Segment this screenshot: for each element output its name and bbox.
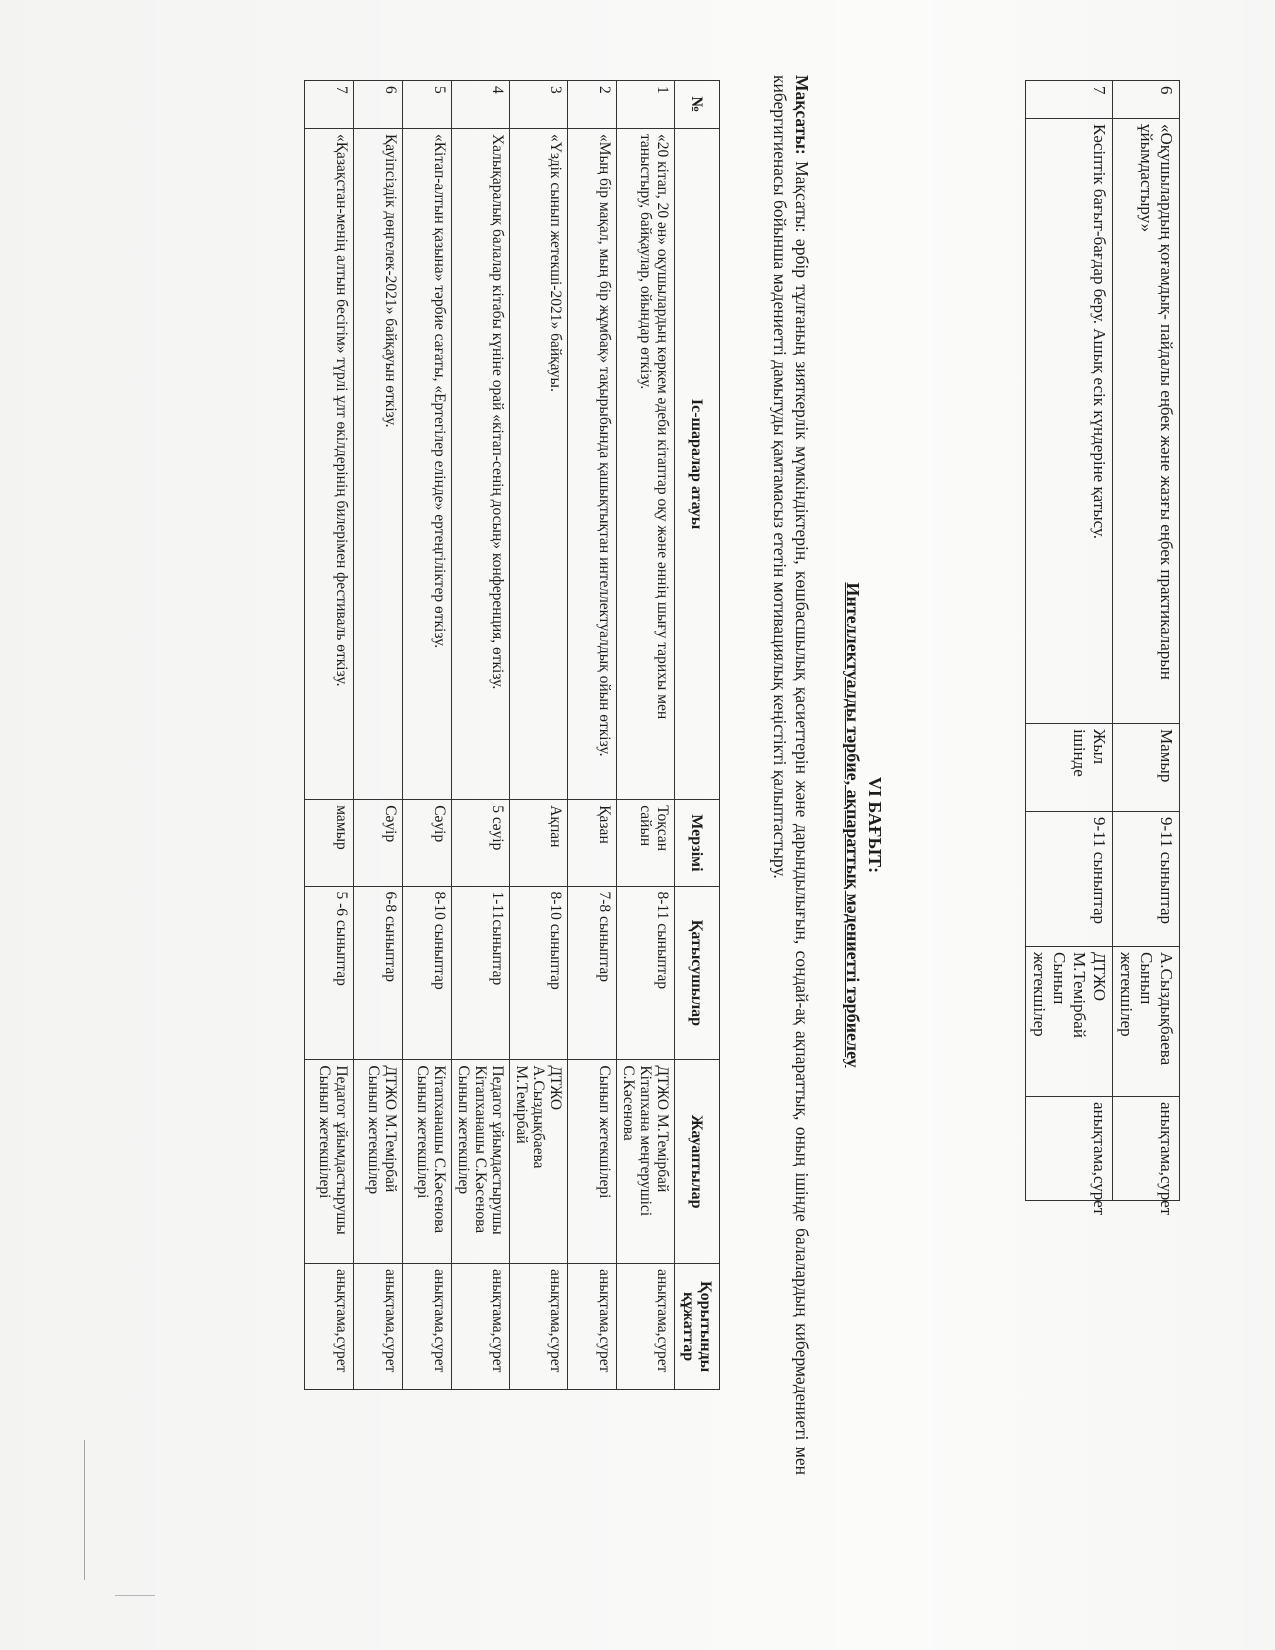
cell-num: 6 [1113, 81, 1180, 119]
cell-responsible: Педагог ұйымдастырушы Сынып жетекшілері [305, 1060, 354, 1264]
cell-event: Кәсіптік бағыт-бағдар беру. Ашық есік кү… [1026, 119, 1113, 724]
cell-responsible: ДТЖО А.Сыздықбаева М.Темірбай [510, 1060, 568, 1264]
table-row: 3«Үздік сынып жетекші-2021» байқауы.Ақпа… [510, 81, 568, 1390]
cell-term: Жыл ішінде [1026, 724, 1113, 812]
cell-term: Сәуір [403, 800, 452, 886]
section-heading: VI БАҒЫТ: [864, 0, 885, 1650]
cell-responsible: ДТЖО М.Темірбай Сынып жетекшілер [1026, 947, 1113, 1097]
header-num: № [675, 81, 720, 129]
cell-event: «20 кітап, 20 ән» оқушылардың көркем әде… [617, 128, 675, 799]
cell-num: 6 [354, 81, 403, 129]
table-row: 7«Қазақстан-менің алтын бесігім» түрлі ұ… [305, 81, 354, 1390]
cell-responsible: Кітапханашы С.Кәсенова Сынып жетекшілері [403, 1060, 452, 1264]
cell-term: Сәуір [354, 800, 403, 886]
cell-term: Қазан [568, 800, 617, 886]
cell-result: анықтама,сурет [1113, 1097, 1180, 1201]
cell-participants: 8-10 сыныптар [403, 886, 452, 1060]
table-row: 1«20 кітап, 20 ән» оқушылардың көркем әд… [617, 81, 675, 1390]
cell-num: 4 [452, 81, 510, 129]
cell-result: анықтама,сурет [403, 1264, 452, 1390]
table-row: 6«Оқушылардың қоғамдық- пайдалы еңбек жә… [1113, 81, 1180, 1201]
cell-term: мамыр [305, 800, 354, 886]
cell-event: «Мың бір мақал, мың бір жұмбақ» тақырыбы… [568, 128, 617, 799]
cell-participants: 6-8 сыныптар [354, 886, 403, 1060]
cell-responsible: ДТЖО М.Темірбай Сынып жетекшілер [354, 1060, 403, 1264]
cell-participants: 8-11 сыныптар [617, 886, 675, 1060]
header-event: Іс-шаралар атауы [675, 128, 720, 799]
header-participants: Қатысушылар [675, 886, 720, 1060]
cell-event: Қауіпсіздік дөңгелек-2021» байқауын өткі… [354, 128, 403, 799]
cell-responsible: Педагог ұйымдастырушы Кітапханашы С.Кәсе… [452, 1060, 510, 1264]
cell-responsible: А.Сыздықбаева Сынып жетекшілер [1113, 947, 1180, 1097]
cell-result: анықтама,сурет [568, 1264, 617, 1390]
scan-artifact-line [84, 1440, 85, 1580]
cell-term: Мамыр [1113, 724, 1180, 812]
cell-participants: 9-11 сыныптар [1113, 812, 1180, 947]
cell-num: 3 [510, 81, 568, 129]
cell-participants: 7-8 сыныптар [568, 886, 617, 1060]
cell-result: анықтама,сурет [452, 1264, 510, 1390]
header-term: Мерзімі [675, 800, 720, 886]
cell-num: 1 [617, 81, 675, 129]
header-result: Қорытынды құжаттар [675, 1264, 720, 1390]
purpose-text: Мақсаты: әрбір тұлғаның зияткерлік мүмкі… [770, 75, 812, 1475]
cell-participants: 8-10 сыныптар [510, 886, 568, 1060]
continuation-table: 6«Оқушылардың қоғамдық- пайдалы еңбек жә… [1025, 80, 1180, 1201]
cell-participants: 5 -6 сыныптар [305, 886, 354, 1060]
cell-num: 5 [403, 81, 452, 129]
scan-margin-mark [115, 1595, 155, 1596]
cell-result: анықтама,сурет [305, 1264, 354, 1390]
events-table: № Іс-шаралар атауы Мерзімі Қатысушылар Ж… [304, 80, 720, 1390]
cell-responsible: Сынып жетекшілері [568, 1060, 617, 1264]
cell-result: анықтама,сурет [617, 1264, 675, 1390]
table-header-row: № Іс-шаралар атауы Мерзімі Қатысушылар Ж… [675, 81, 720, 1390]
header-responsible: Жауаптылар [675, 1060, 720, 1264]
cell-num: 7 [1026, 81, 1113, 119]
cell-event: «Үздік сынып жетекші-2021» байқауы. [510, 128, 568, 799]
cell-event: «Оқушылардың қоғамдық- пайдалы еңбек жән… [1113, 119, 1180, 724]
rotated-document-page: 6«Оқушылардың қоғамдық- пайдалы еңбек жә… [0, 0, 1275, 1650]
table-row: 4Халықаралық балалар кітабы күніне орай … [452, 81, 510, 1390]
cell-responsible: ДТЖО М.Темірбай Кітапхана меңгерушісі С.… [617, 1060, 675, 1264]
cell-result: анықтама,сурет [1026, 1097, 1113, 1201]
cell-term: Тоқсан сайын [617, 800, 675, 886]
cell-participants: 1-11сыныптар [452, 886, 510, 1060]
cell-participants: 9-11 сыныптар [1026, 812, 1113, 947]
cell-num: 7 [305, 81, 354, 129]
table-row: 2«Мың бір мақал, мың бір жұмбақ» тақырыб… [568, 81, 617, 1390]
cell-result: анықтама,сурет [510, 1264, 568, 1390]
cell-event: Халықаралық балалар кітабы күніне орай «… [452, 128, 510, 799]
purpose-label: Мақсаты: [792, 75, 812, 155]
table-row: 7Кәсіптік бағыт-бағдар беру. Ашық есік к… [1026, 81, 1113, 1201]
cell-term: 5 сәуір [452, 800, 510, 886]
section-subheading-text: Интеллектуалды тәрбие, ақпараттық мәдени… [843, 582, 863, 1067]
table-row: 6Қауіпсіздік дөңгелек-2021» байқауын өтк… [354, 81, 403, 1390]
cell-result: анықтама,сурет [354, 1264, 403, 1390]
cell-num: 2 [568, 81, 617, 129]
cell-event: «Кітап-алтын қазына» тәрбие сағаты, «Ерт… [403, 128, 452, 799]
table-row: 5«Кітап-алтын қазына» тәрбие сағаты, «Ер… [403, 81, 452, 1390]
cell-event: «Қазақстан-менің алтын бесігім» түрлі ұл… [305, 128, 354, 799]
cell-term: Ақпан [510, 800, 568, 886]
purpose-paragraph: Мақсаты: Мақсаты: әрбір тұлғаның зияткер… [769, 75, 813, 1475]
section-subheading: Интеллектуалды тәрбие, ақпараттық мәдени… [842, 0, 863, 1650]
